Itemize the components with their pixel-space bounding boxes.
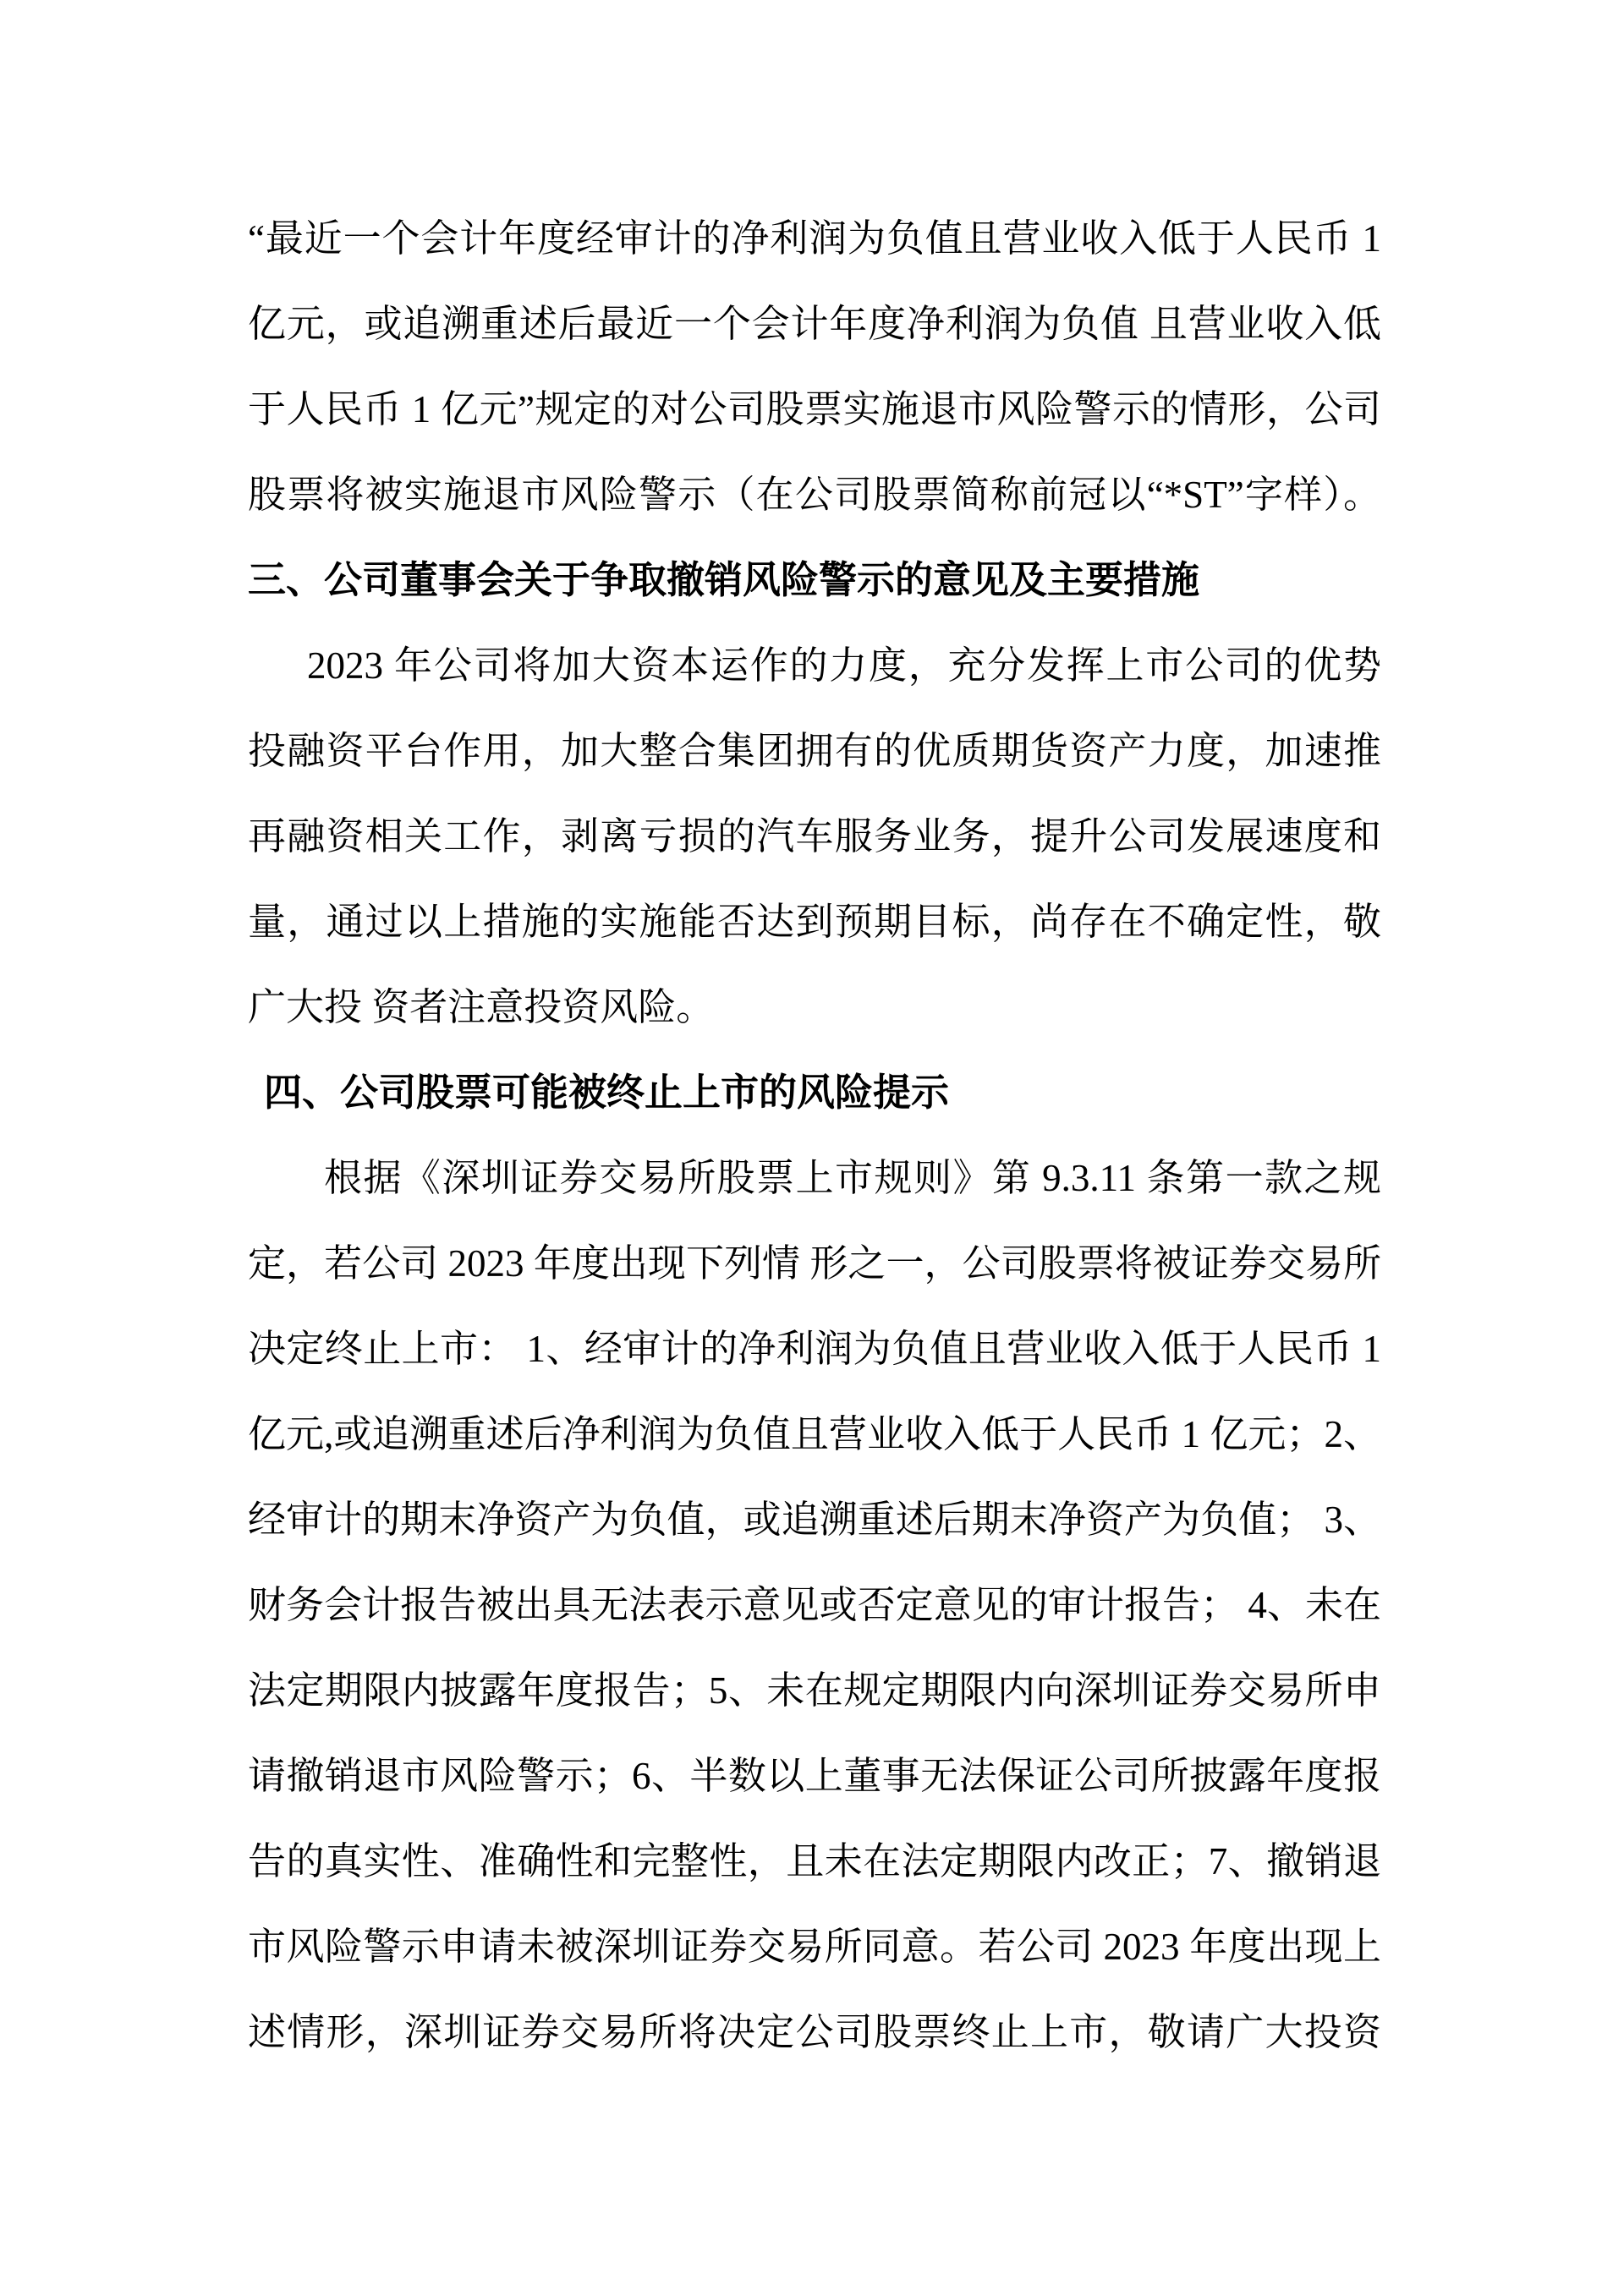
text-line: 市风险警示申请未被深圳证券交易所同意。若公司 2023 年度出现上 (248, 1904, 1381, 1990)
document-text-block: “最近一个会计年度经审计的净利润为负值且营业收入低于人民币 1 亿元，或追溯重述… (248, 196, 1381, 2075)
text-line: 广大投 资者注意投资风险。 (248, 965, 1381, 1050)
text-line: “最近一个会计年度经审计的净利润为负值且营业收入低于人民币 1 (248, 196, 1381, 282)
text-line: 告的真实性、准确性和完整性，且未在法定期限内改正；7、撤销退 (248, 1819, 1381, 1904)
document-page: “最近一个会计年度经审计的净利润为负值且营业收入低于人民币 1 亿元，或追溯重述… (0, 0, 1624, 2296)
text-line: 经审计的期末净资产为负值，或追溯重述后期末净资产为负值； 3、 (248, 1477, 1381, 1563)
text-line: 根据《深圳证券交易所股票上市规则》第 9.3.11 条第一款之规 (248, 1136, 1381, 1221)
text-line: 述情形，深圳证券交易所将决定公司股票终止上市，敬请广大投资者 (248, 1990, 1381, 2075)
text-line: 亿元,或追溯重述后净利润为负值且营业收入低于人民币 1 亿元；2、 (248, 1392, 1381, 1477)
text-line: 量，通过以上措施的实施能否达到预期目标，尚存在不确定性，敬请 (248, 879, 1381, 965)
text-line: 法定期限内披露年度报告；5、未在规定期限内向深圳证券交易所申 (248, 1648, 1381, 1734)
text-line: 决定终止上市： 1、经审计的净利润为负值且营业收入低于人民币 1 (248, 1307, 1381, 1392)
text-line: 2023 年公司将加大资本运作的力度，充分发挥上市公司的优势和 (248, 623, 1381, 709)
text-line: 亿元，或追溯重述后最近一个会计年度净利润为负值 且营业收入低 (248, 282, 1381, 367)
text-line: 股票将被实施退市风险警示（在公司股票简称前冠以“*ST”字样）。 (248, 452, 1381, 538)
text-line: 再融资相关工作，剥离亏损的汽车服务业务，提升公司发展速度和质 (248, 794, 1381, 879)
text-line: 请撤销退市风险警示；6、半数以上董事无法保证公司所披露年度报 (248, 1734, 1381, 1819)
text-line: 于人民币 1 亿元”规定的对公司股票实施退市风险警示的情形，公司 (248, 367, 1381, 452)
text-line: 定，若公司 2023 年度出现下列情 形之一，公司股票将被证券交易所 (248, 1221, 1381, 1307)
section-heading-3: 三、公司董事会关于争取撤销风险警示的意见及主要措施 (248, 538, 1381, 623)
section-heading-4: 四、公司股票可能被终止上市的风险提示 (248, 1050, 1381, 1136)
text-line: 财务会计报告被出具无法表示意见或否定意见的审计报告； 4、未在 (248, 1563, 1381, 1648)
text-line: 投融资平台作用，加大整合集团拥有的优质期货资产力度，加速推进 (248, 709, 1381, 794)
